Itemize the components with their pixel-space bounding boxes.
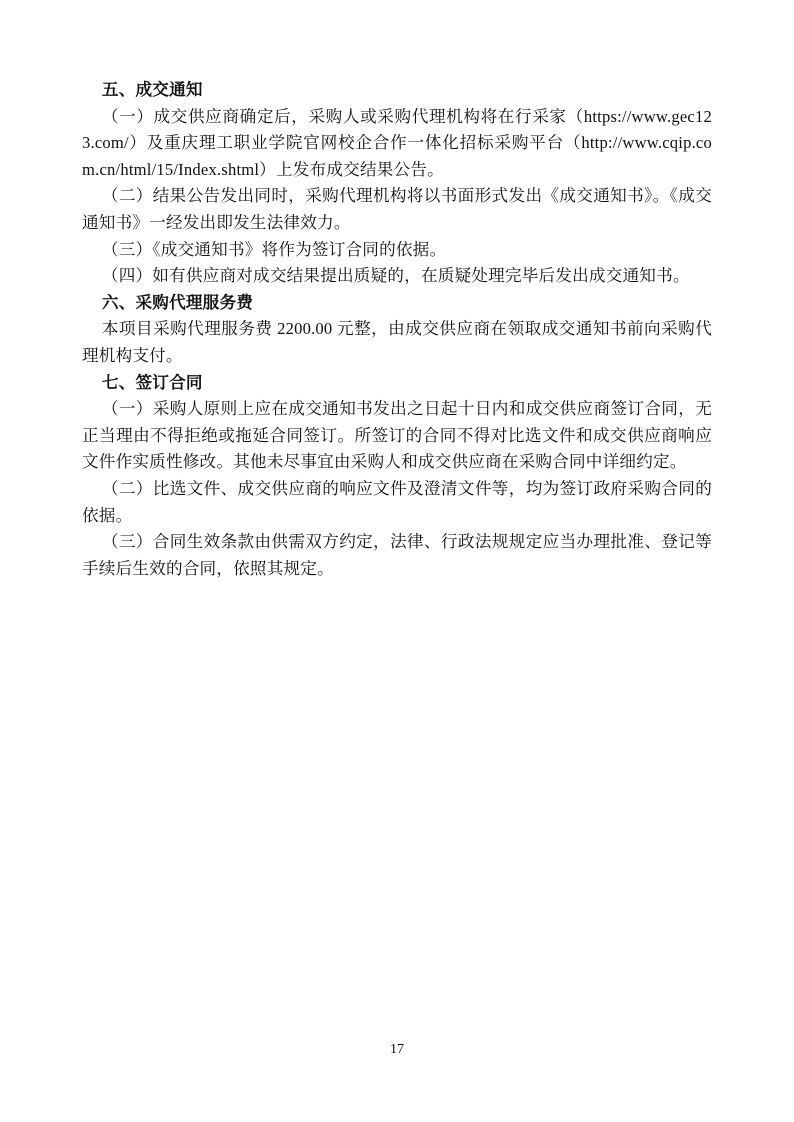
paragraph-transaction-notice-4: （四）如有供应商对成交结果提出质疑的，在质疑处理完毕后发出成交通知书。: [82, 263, 712, 290]
document-body: 五、成交通知 （一）成交供应商确定后，采购人或采购代理机构将在行采家（https…: [82, 77, 712, 582]
paragraph-contract-signing-1: （一）采购人原则上应在成交通知书发出之日起十日内和成交供应商签订合同，无正当理由…: [82, 396, 712, 476]
paragraph-contract-signing-2: （二）比选文件、成交供应商的响应文件及澄清文件等，均为签订政府采购合同的依据。: [82, 476, 712, 529]
section-heading-transaction-notice: 五、成交通知: [82, 77, 712, 104]
paragraph-transaction-notice-1: （一）成交供应商确定后，采购人或采购代理机构将在行采家（https://www.…: [82, 104, 712, 184]
document-page: 五、成交通知 （一）成交供应商确定后，采购人或采购代理机构将在行采家（https…: [0, 0, 794, 1122]
section-heading-contract-signing: 七、签订合同: [82, 370, 712, 397]
paragraph-transaction-notice-3: （三）《成交通知书》将作为签订合同的依据。: [82, 237, 712, 264]
paragraph-agency-fee-1: 本项目采购代理服务费 2200.00 元整，由成交供应商在领取成交通知书前向采购…: [82, 316, 712, 369]
page-number: 17: [390, 1042, 404, 1057]
section-heading-agency-fee: 六、采购代理服务费: [82, 290, 712, 317]
paragraph-transaction-notice-2: （二）结果公告发出同时，采购代理机构将以书面形式发出《成交通知书》。《成交通知书…: [82, 183, 712, 236]
paragraph-contract-signing-3: （三）合同生效条款由供需双方约定，法律、行政法规规定应当办理批准、登记等手续后生…: [82, 529, 712, 582]
page-footer: 17: [0, 1040, 794, 1059]
